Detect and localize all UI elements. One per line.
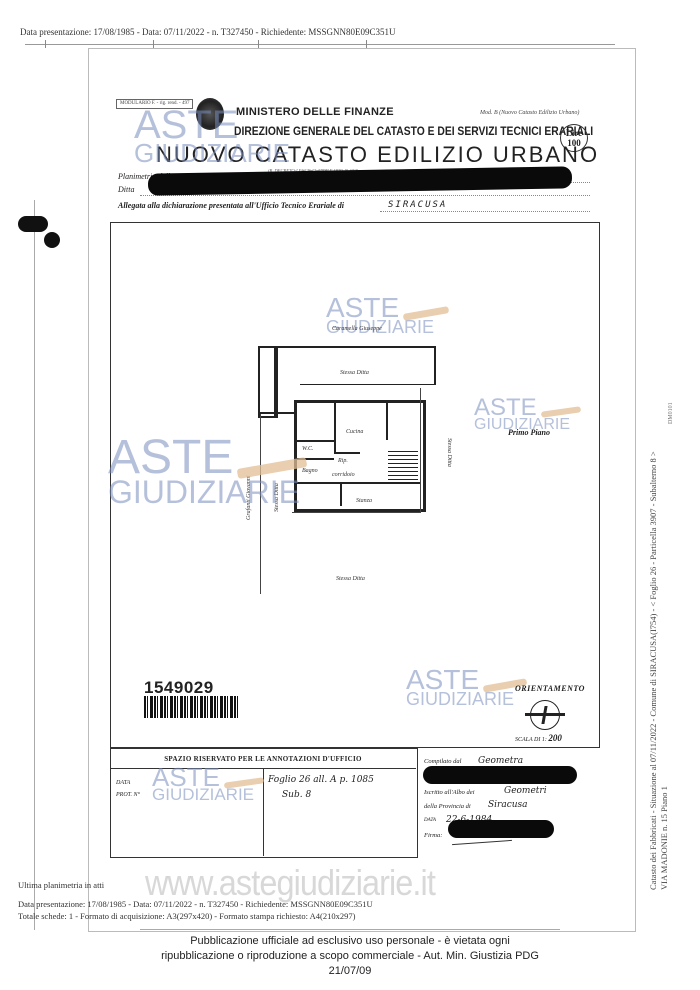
barcode xyxy=(144,696,238,718)
footer-line2: Totale schede: 1 - Formato di acquisizio… xyxy=(18,911,355,921)
wall xyxy=(294,482,420,484)
wall xyxy=(334,400,336,452)
publication-notice: Pubblicazione ufficiale ad esclusivo uso… xyxy=(140,934,560,979)
ufficio-value: SIRACUSA xyxy=(388,200,447,210)
header-info: Data presentazione: 17/08/1985 - Data: 0… xyxy=(20,27,395,37)
wall xyxy=(300,384,436,385)
lire-label: Lire xyxy=(566,128,582,138)
ruler-line xyxy=(25,44,615,45)
annot-prot-label: PROT. N° xyxy=(116,792,140,798)
compilato-value: Geometra xyxy=(478,756,523,766)
watermark-aste: ASTE GIUDIZIARIE xyxy=(474,398,581,432)
side-cadastral-info: Catasto dei Fabbricati - Situazione al 0… xyxy=(648,451,670,890)
watermark-line2: GIUDIZIARIE xyxy=(108,479,307,506)
ruler-tick xyxy=(366,40,367,48)
staircase xyxy=(388,450,418,480)
watermark-line2: GIUDIZIARIE xyxy=(152,788,264,802)
redaction-mark xyxy=(18,216,48,232)
ruler-tick xyxy=(258,40,259,48)
annot-handwritten-foglio: Foglio 26 all. A p. 1085 xyxy=(268,775,374,785)
orientamento-label: ORIENTAMENTO xyxy=(515,684,585,693)
compilatore-data-label: DATA xyxy=(424,818,436,823)
boundary-line xyxy=(292,512,420,513)
ditta-label: Ditta xyxy=(118,185,134,194)
redaction-bar xyxy=(448,820,554,838)
compass-icon xyxy=(530,700,560,730)
ruler-tick xyxy=(45,40,46,48)
iscritto-value: Geometri xyxy=(504,786,547,796)
strada-bottom-label: Stessa Ditta xyxy=(336,576,365,582)
dotted-line xyxy=(140,195,590,196)
wall xyxy=(340,482,342,506)
wall xyxy=(386,400,388,440)
compilato-label: Compilato dal xyxy=(424,758,461,765)
annot-handwritten-sub: Sub. 8 xyxy=(282,790,311,800)
watermark-line2: GIUDIZIARIE xyxy=(134,142,290,164)
redaction-mark xyxy=(44,232,60,248)
wall xyxy=(258,346,436,348)
ruler-tick xyxy=(153,40,154,48)
ultima-planimetria: Ultima planimetria in atti xyxy=(18,880,104,890)
side-text-line2: VIA MADONIE n. 15 Piano 1 xyxy=(659,451,670,890)
strada-right-label: Stessa Ditta xyxy=(446,438,452,467)
footer-line1: Data presentazione: 17/08/1985 - Data: 0… xyxy=(18,899,373,909)
dotted-line xyxy=(380,211,590,212)
room-label-ripostiglio: Rip. xyxy=(338,458,348,464)
side-text-line1: Catasto dei Fabbricati - Situazione al 0… xyxy=(648,451,659,890)
scan-edge-line xyxy=(34,200,35,930)
watermark-aste: ASTE GIUDIZIARIE xyxy=(108,438,307,506)
room-label-cucina: Cucina xyxy=(346,429,363,435)
allegata-label: Allegata alla dichiarazione presentata a… xyxy=(118,201,344,210)
publication-line1: Pubblicazione ufficiale ad esclusivo uso… xyxy=(140,934,560,949)
watermark-line1: ASTE xyxy=(134,108,290,142)
watermark-site: www.astegiudiziarie.it xyxy=(145,862,435,904)
redaction-bar xyxy=(423,766,577,784)
ruler-line xyxy=(140,929,560,930)
watermark-aste: ASTE GIUDIZIARIE xyxy=(134,108,290,164)
room-label-corridoio: corridoio xyxy=(332,472,355,478)
wall xyxy=(434,346,436,384)
floor-label: Primo Piano xyxy=(508,428,550,437)
boundary-line xyxy=(420,388,421,513)
balcony-wall xyxy=(258,346,278,418)
annot-data-label: DATA xyxy=(116,780,130,786)
iscritto-label: Iscritto all'Albo dei xyxy=(424,789,475,796)
watermark-aste: ASTE GIUDIZIARIE xyxy=(406,668,527,707)
wall xyxy=(334,452,360,454)
strada-top-label: Stessa Ditta xyxy=(340,370,369,376)
watermark-aste: ASTE GIUDIZIARIE xyxy=(152,766,264,803)
neighbor-top-label: Caramella Giuseppe xyxy=(332,326,382,332)
provincia-value: Siracusa xyxy=(488,800,528,810)
barcode-number: 1549029 xyxy=(144,678,214,698)
watermark-line2: GIUDIZIARIE xyxy=(406,692,527,707)
scale-prefix: SCALA DI 1: xyxy=(515,737,547,743)
wall xyxy=(258,412,296,414)
scale-value: 200 xyxy=(548,733,562,743)
room-label-stanza: Stanza xyxy=(356,498,372,504)
publication-line2: ripubblicazione o riproduzione a scopo c… xyxy=(140,949,560,979)
scale-label: SCALA DI 1: 200 xyxy=(515,733,562,743)
model-label: Mod. B (Nuovo Catasto Edilizio Urbano) xyxy=(480,110,579,116)
side-code: DM0101 xyxy=(668,402,674,424)
provincia-label: della Provincia di xyxy=(424,803,471,810)
firma-label: Firma: xyxy=(424,832,442,839)
